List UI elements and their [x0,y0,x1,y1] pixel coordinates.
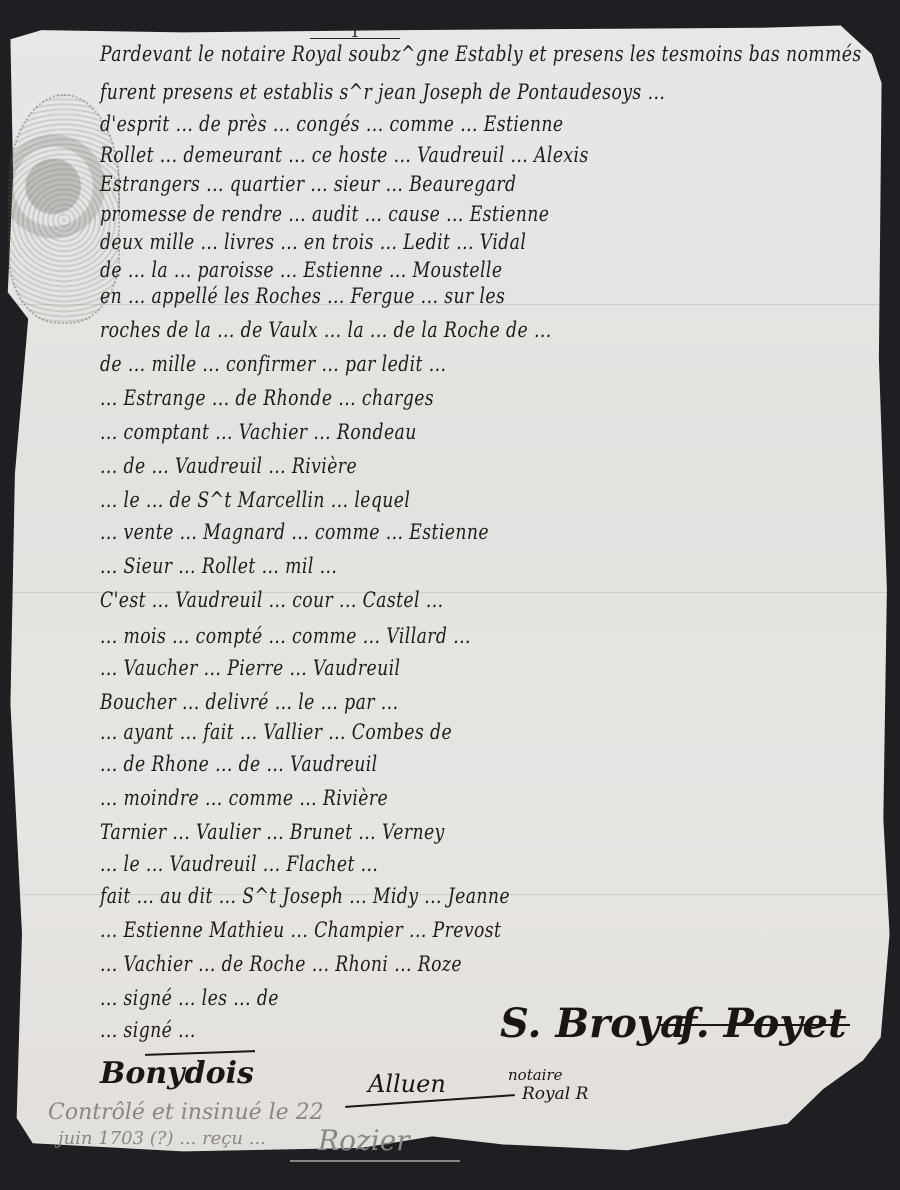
manuscript-line: ... le ... Vaudreuil ... Flachet ... [100,852,378,876]
manuscript-line: ... mois ... compté ... comme ... Villar… [100,624,471,648]
manuscript-line: deux mille ... livres ... en trois ... L… [100,230,526,254]
manuscript-line: ... de Rhone ... de ... Vaudreuil [100,752,378,776]
manuscript-line: roches de la ... de Vaulx ... la ... de … [100,318,552,342]
signature-rozier: Rozier [318,1124,410,1157]
manuscript-line: fait ... au dit ... S^t Joseph ... Midy … [100,884,510,908]
manuscript-line: ... moindre ... comme ... Rivière [100,786,388,810]
page-number: 1 [310,26,400,39]
signature-flourish [660,1024,850,1026]
manuscript-line: promesse de rendre ... audit ... cause .… [100,202,549,226]
manuscript-line: Boucher ... delivré ... le ... par ... [100,690,398,714]
notary-title: notaire [508,1066,563,1084]
manuscript-line: en ... appellé les Roches ... Fergue ...… [100,284,505,308]
manuscript-line: ... ayant ... fait ... Vallier ... Combe… [100,720,452,744]
manuscript-line: ... Estrange ... de Rhonde ... charges [100,386,434,410]
manuscript-line: Pardevant le notaire Royal soubz^gne Est… [100,42,862,66]
manuscript-line: ... signé ... [100,1018,196,1042]
manuscript-line: ... le ... de S^t Marcellin ... lequel [100,488,410,512]
manuscript-line: ... comptant ... Vachier ... Rondeau [100,420,417,444]
control-annotation-line2: juin 1703 (?) ... reçu ... [58,1128,266,1149]
manuscript-line: C'est ... Vaudreuil ... cour ... Castel … [100,588,443,612]
manuscript-line: ... Estienne Mathieu ... Champier ... Pr… [100,918,501,942]
manuscript-line: de ... mille ... confirmer ... par ledit… [100,352,446,376]
manuscript-line: de ... la ... paroisse ... Estienne ... … [100,258,502,282]
manuscript-line: ... vente ... Magnard ... comme ... Esti… [100,520,489,544]
manuscript-line: Estrangers ... quartier ... sieur ... Be… [100,172,516,196]
manuscript-line: Rollet ... demeurant ... ce hoste ... Va… [100,143,589,167]
manuscript-line: d'esprit ... de près ... congés ... comm… [100,112,563,136]
manuscript-line: ... Vachier ... de Roche ... Rhoni ... R… [100,952,462,976]
notary-title-royal: Royal R [522,1084,588,1104]
annotation-flourish [290,1160,460,1162]
manuscript-line: Tarnier ... Vaulier ... Brunet ... Verne… [100,820,445,844]
signature-bonydois: Bonydois [100,1056,254,1091]
control-annotation-line1: Contrôlé et insinué le 22 [48,1100,324,1125]
signature-broya: S. Broya [500,1000,686,1047]
manuscript-line: ... de ... Vaudreuil ... Rivière [100,454,357,478]
manuscript-line: ... signé ... les ... de [100,986,279,1010]
manuscript-line: ... Vaucher ... Pierre ... Vaudreuil [100,656,400,680]
manuscript-line: ... Sieur ... Rollet ... mil ... [100,554,337,578]
manuscript-line: furent presens et establis s^r jean Jose… [100,80,665,104]
signature-alluen: Alluen [368,1070,446,1098]
